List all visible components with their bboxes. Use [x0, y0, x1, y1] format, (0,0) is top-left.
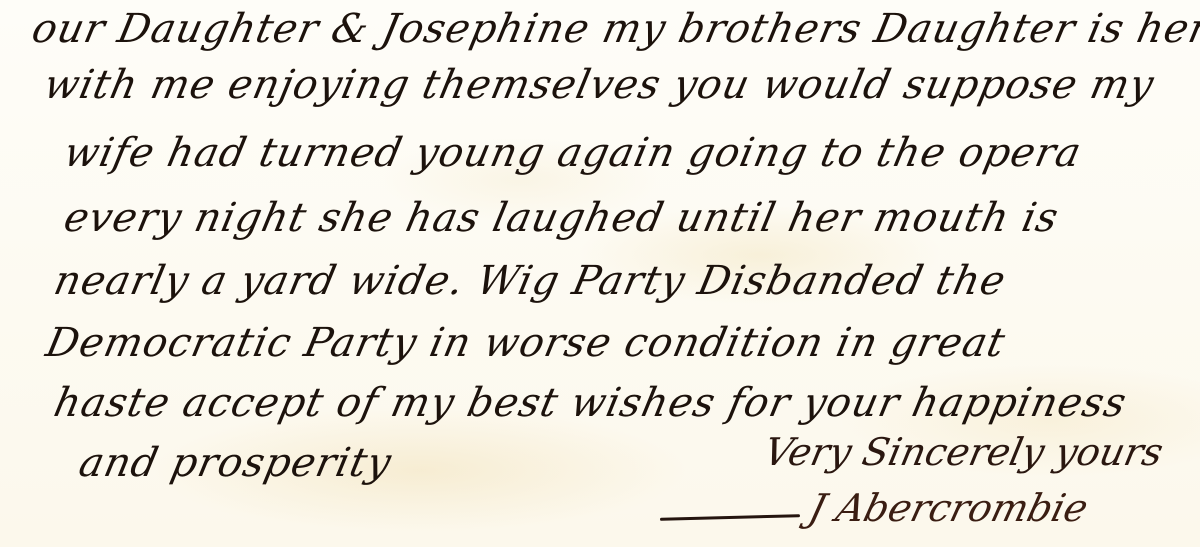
- letter-line-5: nearly a yard wide. Wig Party Disbanded …: [50, 258, 1010, 304]
- signature-block: J Abercrombie: [660, 490, 1140, 530]
- letter-line-8: and prosperity: [75, 440, 396, 486]
- letter-line-3: wife had turned young again going to the…: [60, 130, 1086, 176]
- letter-page: our Daughter & Josephine my brothers Dau…: [0, 0, 1200, 547]
- letter-line-4: every night she has laughed until her mo…: [60, 195, 1063, 241]
- signature-flourish-line: [660, 514, 800, 521]
- letter-line-7: haste accept of my best wishes for your …: [50, 380, 1131, 426]
- letter-line-2: with me enjoying themselves you would su…: [40, 62, 1158, 108]
- letter-line-1: our Daughter & Josephine my brothers Dau…: [28, 6, 1200, 52]
- signature: J Abercrombie: [805, 486, 1093, 530]
- letter-line-6: Democratic Party in worse condition in g…: [42, 320, 1010, 366]
- letter-closing: Very Sincerely yours: [760, 430, 1167, 474]
